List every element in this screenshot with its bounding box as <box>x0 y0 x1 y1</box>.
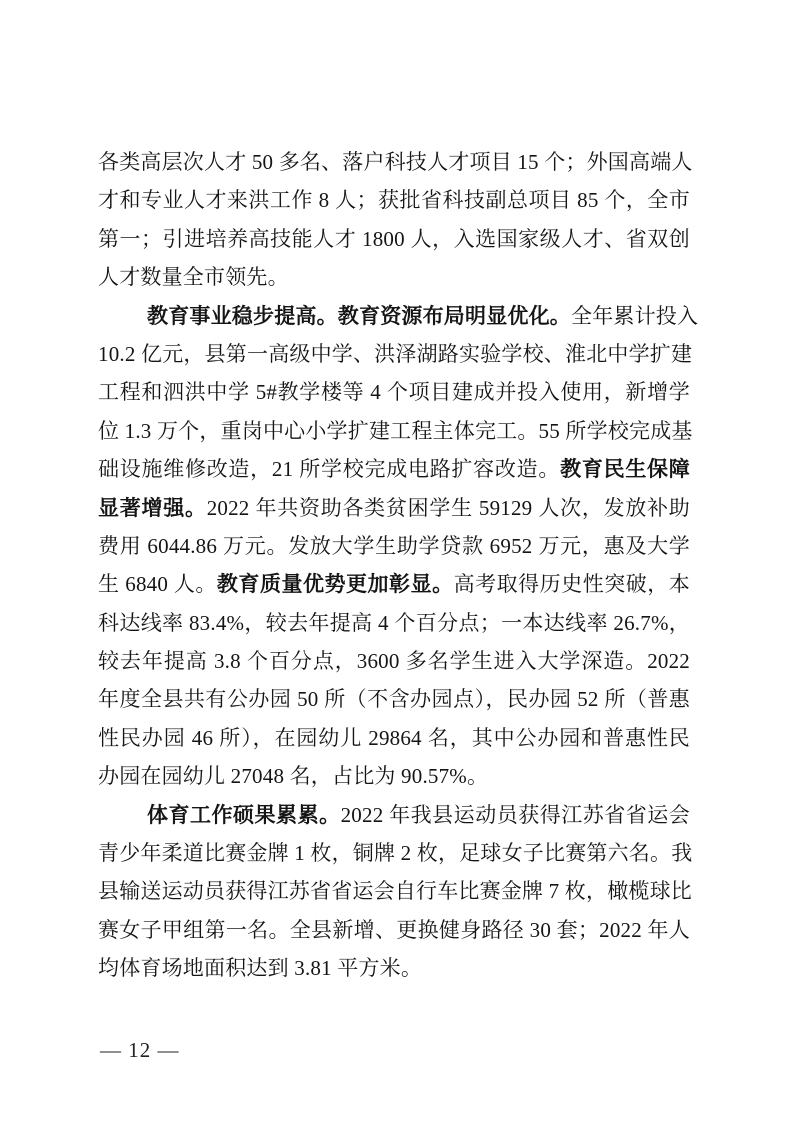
bold-run: 教育质量优势更加彰显。 <box>217 572 454 596</box>
text-line: 赛女子甲组第一名。全县新增、更换健身路径 30 套；2022 年人 <box>98 911 690 949</box>
bold-run: 体育工作硕果累累。 <box>147 803 341 827</box>
text-run: 2022 年我县运动员获得江苏省省运会 <box>341 803 690 827</box>
text-run: 全年累计投入 <box>571 304 698 328</box>
text-run: 10.2 亿元，县第一高级中学、洪泽湖路实验学校、淮北中学扩建 <box>98 342 692 366</box>
text-line: 础设施维修改造，21 所学校完成电路扩容改造。教育民生保障 <box>98 450 690 488</box>
text-line: 年度全县共有公办园 50 所（不含办园点），民办园 52 所（普惠 <box>98 680 690 718</box>
text-line: 人才数量全市领先。 <box>98 258 690 296</box>
talent-recruitment-paragraph: 各类高层次人才 50 多名、落户科技人才项目 15 个；外国高端人才和专业人才来… <box>98 143 690 297</box>
text-line: 体育工作硕果累累。2022 年我县运动员获得江苏省省运会 <box>98 796 690 834</box>
text-run: 赛女子甲组第一名。全县新增、更换健身路径 30 套；2022 年人 <box>98 918 690 942</box>
page-number: — 12 — <box>100 1038 180 1062</box>
text-run: 年度全县共有公办园 50 所（不含办园点），民办园 52 所（普惠 <box>98 687 690 711</box>
text-run: 础设施维修改造，21 所学校完成电路扩容改造。 <box>98 457 560 481</box>
text-run: 高考取得历史性突破，本 <box>454 572 690 596</box>
page-footer: — 12 — <box>100 1038 180 1062</box>
text-line: 工程和泗洪中学 5#教学楼等 4 个项目建成并投入使用，新增学 <box>98 373 690 411</box>
bold-run: 显著增强。 <box>98 496 207 520</box>
document-page: 各类高层次人才 50 多名、落户科技人才项目 15 个；外国高端人才和专业人才来… <box>0 0 793 1122</box>
text-run: 均体育场地面积达到 3.81 平方米。 <box>98 956 422 980</box>
text-run: 位 1.3 万个，重岗中心小学扩建工程主体完工。55 所学校完成基 <box>98 419 693 443</box>
text-run: 2022 年共资助各类贫困学生 59129 人次，发放补助 <box>207 496 690 520</box>
bold-run: 教育民生保障 <box>560 457 690 481</box>
text-line: 均体育场地面积达到 3.81 平方米。 <box>98 949 690 987</box>
text-run: 科达线率 83.4%，较去年提高 4 个百分点；一本达线率 26.7%， <box>98 611 690 635</box>
text-line: 各类高层次人才 50 多名、落户科技人才项目 15 个；外国高端人 <box>98 143 690 181</box>
text-run: 工程和泗洪中学 5#教学楼等 4 个项目建成并投入使用，新增学 <box>98 380 690 404</box>
text-line: 10.2 亿元，县第一高级中学、洪泽湖路实验学校、淮北中学扩建 <box>98 335 690 373</box>
sports-paragraph: 体育工作硕果累累。2022 年我县运动员获得江苏省省运会青少年柔道比赛金牌 1 … <box>98 796 690 988</box>
text-line: 才和专业人才来洪工作 8 人；获批省科技副总项目 85 个，全市 <box>98 181 690 219</box>
text-run: 办园在园幼儿 27048 名，占比为 90.57%。 <box>98 764 488 788</box>
text-run: 较去年提高 3.8 个百分点，3600 多名学生进入大学深造。2022 <box>98 649 690 673</box>
text-run: 人才数量全市领先。 <box>98 265 289 289</box>
text-line: 第一；引进培养高技能人才 1800 人，入选国家级人才、省双创 <box>98 220 690 258</box>
text-line: 教育事业稳步提高。教育资源布局明显优化。全年累计投入 <box>98 297 690 335</box>
text-line: 较去年提高 3.8 个百分点，3600 多名学生进入大学深造。2022 <box>98 642 690 680</box>
text-body: 各类高层次人才 50 多名、落户科技人才项目 15 个；外国高端人才和专业人才来… <box>98 143 690 988</box>
text-line: 显著增强。2022 年共资助各类贫困学生 59129 人次，发放补助 <box>98 489 690 527</box>
text-line: 科达线率 83.4%，较去年提高 4 个百分点；一本达线率 26.7%， <box>98 604 690 642</box>
text-run: 费用 6044.86 万元。发放大学生助学贷款 6952 万元，惠及大学 <box>98 534 690 558</box>
text-line: 生 6840 人。教育质量优势更加彰显。高考取得历史性突破，本 <box>98 565 690 603</box>
text-line: 性民办园 46 所），在园幼儿 29864 名，其中公办园和普惠性民 <box>98 719 690 757</box>
text-run: 性民办园 46 所），在园幼儿 29864 名，其中公办园和普惠性民 <box>98 726 690 750</box>
text-run: 青少年柔道比赛金牌 1 枚，铜牌 2 枚，足球女子比赛第六名。我 <box>98 841 692 865</box>
education-paragraph: 教育事业稳步提高。教育资源布局明显优化。全年累计投入10.2 亿元，县第一高级中… <box>98 297 690 796</box>
text-line: 费用 6044.86 万元。发放大学生助学贷款 6952 万元，惠及大学 <box>98 527 690 565</box>
bold-run: 教育事业稳步提高。教育资源布局明显优化。 <box>147 304 571 328</box>
text-line: 青少年柔道比赛金牌 1 枚，铜牌 2 枚，足球女子比赛第六名。我 <box>98 834 690 872</box>
text-run: 县输送运动员获得江苏省省运会自行车比赛金牌 7 枚，橄榄球比 <box>98 879 692 903</box>
text-run: 各类高层次人才 50 多名、落户科技人才项目 15 个；外国高端人 <box>98 150 693 174</box>
text-run: 才和专业人才来洪工作 8 人；获批省科技副总项目 85 个，全市 <box>98 188 690 212</box>
text-run: 第一；引进培养高技能人才 1800 人，入选国家级人才、省双创 <box>98 227 690 251</box>
text-line: 位 1.3 万个，重岗中心小学扩建工程主体完工。55 所学校完成基 <box>98 412 690 450</box>
text-run: 生 6840 人。 <box>98 572 217 596</box>
text-line: 办园在园幼儿 27048 名，占比为 90.57%。 <box>98 757 690 795</box>
text-line: 县输送运动员获得江苏省省运会自行车比赛金牌 7 枚，橄榄球比 <box>98 872 690 910</box>
